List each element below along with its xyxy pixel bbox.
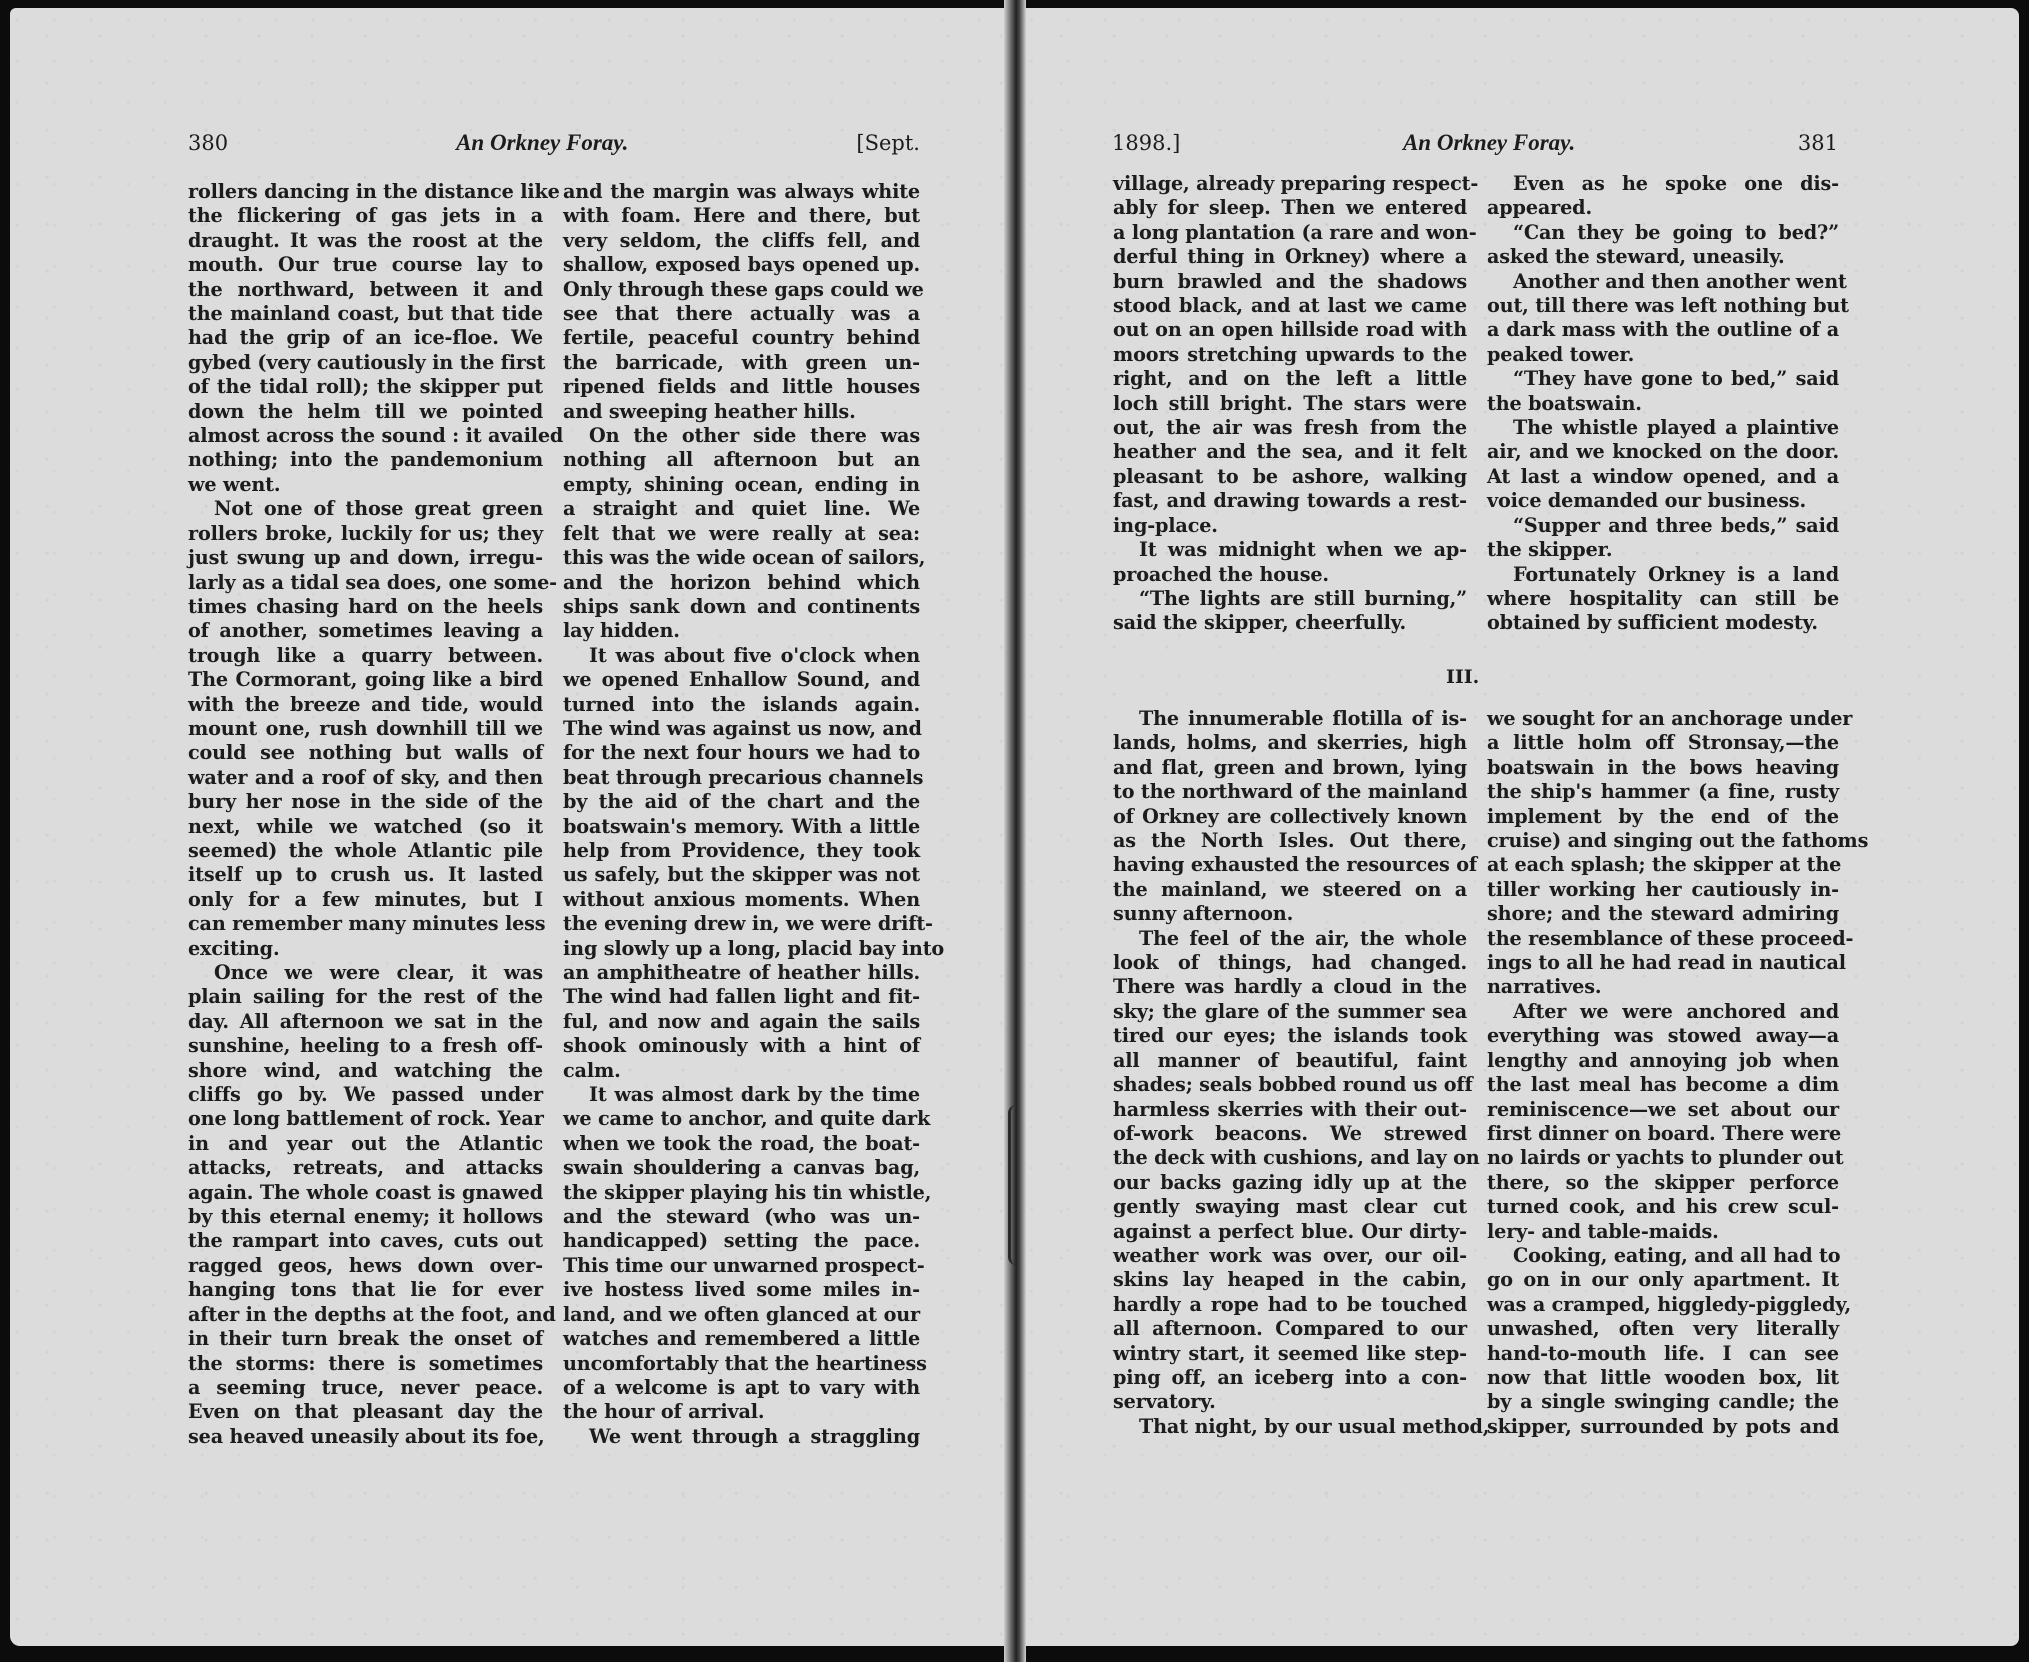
- text-line: we opened Enhallow Sound, and: [563, 668, 920, 692]
- text-line: fertile, peaceful country behind: [563, 326, 920, 350]
- text-line: gently swaying mast clear cut: [1113, 1195, 1467, 1219]
- text-line: ships sank down and continents: [563, 595, 920, 619]
- text-line: can remember many minutes less: [188, 912, 543, 936]
- text-line: Even as he spoke one dis-: [1487, 172, 1839, 196]
- text-line: with foam. Here and there, but: [563, 204, 920, 228]
- text-line: asked the steward, uneasily.: [1487, 245, 1839, 269]
- text-line: rollers broke, luckily for us; they: [188, 522, 543, 546]
- text-line: It was about five o'clock when: [563, 644, 920, 668]
- text-line: could see nothing but walls of: [188, 741, 543, 765]
- text-line: That night, by our usual method,: [1113, 1415, 1467, 1439]
- text-line: a seeming truce, never peace.: [188, 1376, 543, 1400]
- text-line: this was the wide ocean of sailors,: [563, 546, 920, 570]
- text-line: with the breeze and tide, would: [188, 693, 543, 717]
- text-line: a little holm off Stronsay,—the: [1487, 731, 1839, 755]
- text-line: “Supper and three beds,” said: [1487, 514, 1839, 538]
- text-line: ing-place.: [1113, 514, 1467, 538]
- text-line: having exhausted the resources of: [1113, 853, 1467, 877]
- text-column: village, already preparing respect-ably …: [1113, 172, 1467, 636]
- text-line: again. The whole coast is gnawed: [188, 1181, 543, 1205]
- text-line: harmless skerries with their out-: [1113, 1098, 1467, 1122]
- text-line: sea heaved uneasily about its foe,: [188, 1425, 543, 1449]
- text-line: ful, and now and again the sails: [563, 1010, 920, 1034]
- text-line: and the steward (who was un-: [563, 1205, 920, 1229]
- text-line: and the horizon behind which: [563, 571, 920, 595]
- text-line: go on in our only apartment. It: [1487, 1268, 1839, 1292]
- text-line: shore; and the steward admiring: [1487, 902, 1839, 926]
- text-line: without anxious moments. When: [563, 888, 920, 912]
- text-line: burn brawled and the shadows: [1113, 270, 1467, 294]
- right-running-head: 1898.] An Orkney Foray. 381: [1112, 130, 1838, 160]
- text-line: lery- and table-maids.: [1487, 1220, 1839, 1244]
- text-line: On the other side there was: [563, 424, 920, 448]
- text-line: right, and on the left a little: [1113, 367, 1467, 391]
- text-line: The Cormorant, going like a bird: [188, 668, 543, 692]
- text-line: felt that we were really at sea:: [563, 522, 920, 546]
- section-heading: III.: [1446, 666, 1479, 688]
- text-line: we went.: [188, 473, 543, 497]
- text-line: wintry start, it seemed like step-: [1113, 1342, 1467, 1366]
- text-line: pleasant to be ashore, walking: [1113, 465, 1467, 489]
- text-line: down the helm till we pointed: [188, 400, 543, 424]
- text-line: of the tidal roll); the skipper put: [188, 375, 543, 399]
- text-line: After we were anchored and: [1487, 1000, 1839, 1024]
- text-line: tired our eyes; the islands took: [1113, 1024, 1467, 1048]
- text-line: by the aid of the chart and the: [563, 790, 920, 814]
- left-running-head: 380 An Orkney Foray. [Sept.: [188, 130, 920, 160]
- text-line: out on an open hillside road with: [1113, 318, 1467, 342]
- text-line: bury her nose in the side of the: [188, 790, 543, 814]
- text-line: in and year out the Atlantic: [188, 1132, 543, 1156]
- text-line: Not one of those great green: [188, 497, 543, 521]
- text-line: cliffs go by. We passed under: [188, 1083, 543, 1107]
- text-line: everything was stowed away—a: [1487, 1024, 1839, 1048]
- text-column: The innumerable flotilla of is-lands, ho…: [1113, 707, 1467, 1439]
- text-line: draught. It was the roost at the: [188, 229, 543, 253]
- text-line: and flat, green and brown, lying: [1113, 756, 1467, 780]
- text-line: our backs gazing idly up at the: [1113, 1171, 1467, 1195]
- text-line: land, and we often glanced at our: [563, 1303, 920, 1327]
- text-line: as the North Isles. Out there,: [1113, 829, 1467, 853]
- text-line: the northward, between it and: [188, 278, 543, 302]
- text-line: all afternoon. Compared to our: [1113, 1317, 1467, 1341]
- text-line: cruise) and singing out the fathoms: [1487, 829, 1839, 853]
- text-line: an amphitheatre of heather hills.: [563, 961, 920, 985]
- text-line: very seldom, the cliffs fell, and: [563, 229, 920, 253]
- text-line: the skipper playing his tin whistle,: [563, 1181, 920, 1205]
- text-line: see that there actually was a: [563, 302, 920, 326]
- text-line: the rampart into caves, cuts out: [188, 1229, 543, 1253]
- date-mark: [Sept.: [856, 131, 920, 155]
- text-line: nothing; into the pandemonium: [188, 448, 543, 472]
- text-line: said the skipper, cheerfully.: [1113, 611, 1467, 635]
- text-line: implement by the end of the: [1487, 805, 1839, 829]
- text-line: against a perfect blue. Our dirty-: [1113, 1220, 1467, 1244]
- text-line: shades; seals bobbed round us off: [1113, 1073, 1467, 1097]
- text-line: derful thing in Orkney) where a: [1113, 245, 1467, 269]
- text-line: a long plantation (a rare and won-: [1113, 221, 1467, 245]
- text-line: the barricade, with green un-: [563, 351, 920, 375]
- text-line: and the margin was always white: [563, 180, 920, 204]
- text-line: for the next four hours we had to: [563, 741, 920, 765]
- running-title: An Orkney Foray.: [456, 130, 628, 156]
- text-line: of another, sometimes leaving a: [188, 619, 543, 643]
- text-line: village, already preparing respect-: [1113, 172, 1467, 196]
- text-line: when we took the road, the boat-: [563, 1132, 920, 1156]
- text-line: skipper, surrounded by pots and: [1487, 1415, 1839, 1439]
- text-line: help from Providence, they took: [563, 839, 920, 863]
- text-line: hand-to-mouth life. I can see: [1487, 1342, 1839, 1366]
- text-line: the storms: there is sometimes: [188, 1352, 543, 1376]
- text-line: “Can they be going to bed?”: [1487, 221, 1839, 245]
- text-line: the resemblance of these proceed-: [1487, 927, 1839, 951]
- text-line: beat through precarious channels: [563, 766, 920, 790]
- text-line: tiller working her cautiously in-: [1487, 878, 1839, 902]
- text-line: At last a window opened, and a: [1487, 465, 1839, 489]
- text-line: first dinner on board. There were: [1487, 1122, 1839, 1146]
- text-line: “The lights are still burning,”: [1113, 587, 1467, 611]
- text-line: plain sailing for the rest of the: [188, 985, 543, 1009]
- text-line: ragged geos, hews down over-: [188, 1254, 543, 1278]
- text-line: the deck with cushions, and lay on: [1113, 1146, 1467, 1170]
- text-line: the mainland, we steered on a: [1113, 878, 1467, 902]
- text-line: shallow, exposed bays opened up.: [563, 253, 920, 277]
- text-line: loch still bright. The stars were: [1113, 392, 1467, 416]
- text-line: Another and then another went: [1487, 270, 1839, 294]
- text-line: exciting.: [188, 937, 543, 961]
- text-line: It was almost dark by the time: [563, 1083, 920, 1107]
- text-line: was a cramped, higgledy-piggledy,: [1487, 1293, 1839, 1317]
- text-line: the last meal has become a dim: [1487, 1073, 1839, 1097]
- text-line: look of things, had changed.: [1113, 951, 1467, 975]
- text-line: a straight and quiet line. We: [563, 497, 920, 521]
- text-line: boatswain in the bows heaving: [1487, 756, 1839, 780]
- text-line: almost across the sound : it availed: [188, 424, 543, 448]
- text-line: the hour of arrival.: [563, 1400, 920, 1424]
- text-line: The wind was against us now, and: [563, 717, 920, 741]
- text-line: mouth. Our true course lay to: [188, 253, 543, 277]
- text-line: fast, and drawing towards a rest-: [1113, 489, 1467, 513]
- text-line: Fortunately Orkney is a land: [1487, 563, 1839, 587]
- text-line: sunny afternoon.: [1113, 902, 1467, 926]
- text-line: larly as a tidal sea does, one some-: [188, 571, 543, 595]
- text-line: we came to anchor, and quite dark: [563, 1107, 920, 1131]
- text-line: one long battlement of rock. Year: [188, 1107, 543, 1131]
- text-line: shore wind, and watching the: [188, 1059, 543, 1083]
- text-line: of Orkney are collectively known: [1113, 805, 1467, 829]
- text-line: of-work beacons. We strewed: [1113, 1122, 1467, 1146]
- text-line: ripened fields and little houses: [563, 375, 920, 399]
- book-gutter: [1004, 0, 1026, 1662]
- text-line: weather work was over, our oil-: [1113, 1244, 1467, 1268]
- text-line: to the northward of the mainland: [1113, 780, 1467, 804]
- text-line: servatory.: [1113, 1390, 1467, 1414]
- text-line: Once we were clear, it was: [188, 961, 543, 985]
- text-line: ping off, an iceberg into a con-: [1113, 1366, 1467, 1390]
- text-line: ing slowly up a long, placid bay into: [563, 937, 920, 961]
- text-line: there, so the skipper perforce: [1487, 1171, 1839, 1195]
- text-line: by a single swinging candle; the: [1487, 1390, 1839, 1414]
- text-line: proached the house.: [1113, 563, 1467, 587]
- text-line: There was hardly a cloud in the: [1113, 975, 1467, 999]
- text-line: ive hostess lived some miles in-: [563, 1278, 920, 1302]
- text-line: out, till there was left nothing but: [1487, 294, 1839, 318]
- text-line: Cooking, eating, and all had to: [1487, 1244, 1839, 1268]
- text-line: swain shouldering a canvas bag,: [563, 1156, 920, 1180]
- text-line: lengthy and annoying job when: [1487, 1049, 1839, 1073]
- text-line: heather and the sea, and it felt: [1113, 440, 1467, 464]
- text-line: The innumerable flotilla of is-: [1113, 707, 1467, 731]
- text-column: we sought for an anchorage undera little…: [1487, 707, 1839, 1439]
- text-column: and the margin was always whitewith foam…: [563, 180, 920, 1449]
- date-mark: 1898.]: [1112, 131, 1180, 155]
- running-title: An Orkney Foray.: [1403, 130, 1575, 156]
- text-line: now that little wooden box, lit: [1487, 1366, 1839, 1390]
- text-line: and sweeping heather hills.: [563, 400, 920, 424]
- text-line: where hospitality can still be: [1487, 587, 1839, 611]
- text-line: handicapped) setting the pace.: [563, 1229, 920, 1253]
- text-line: gybed (very cautiously in the first: [188, 351, 543, 375]
- text-line: The wind had fallen light and fit-: [563, 985, 920, 1009]
- text-line: the flickering of gas jets in a: [188, 204, 543, 228]
- text-line: Even on that pleasant day the: [188, 1400, 543, 1424]
- text-line: itself up to crush us. It lasted: [188, 863, 543, 887]
- page-number: 380: [188, 131, 228, 155]
- text-line: stood black, and at last we came: [1113, 294, 1467, 318]
- text-line: we sought for an anchorage under: [1487, 707, 1839, 731]
- text-line: ably for sleep. Then we entered: [1113, 196, 1467, 220]
- page-number: 381: [1798, 131, 1838, 155]
- text-line: a dark mass with the outline of a: [1487, 318, 1839, 342]
- text-line: mount one, rush downhill till we: [188, 717, 543, 741]
- text-line: moors stretching upwards to the: [1113, 343, 1467, 367]
- text-line: watches and remembered a little: [563, 1327, 920, 1351]
- text-line: seemed) the whole Atlantic pile: [188, 839, 543, 863]
- text-line: We went through a straggling: [563, 1425, 920, 1449]
- text-line: had the grip of an ice-floe. We: [188, 326, 543, 350]
- text-line: the skipper.: [1487, 538, 1839, 562]
- text-line: empty, shining ocean, ending in: [563, 473, 920, 497]
- text-line: uncomfortably that the heartiness: [563, 1352, 920, 1376]
- text-line: This time our unwarned prospect-: [563, 1254, 920, 1278]
- text-line: ings to all he had read in nautical: [1487, 951, 1839, 975]
- text-line: attacks, retreats, and attacks: [188, 1156, 543, 1180]
- text-line: voice demanded our business.: [1487, 489, 1839, 513]
- text-line: next, while we watched (so it: [188, 815, 543, 839]
- text-line: hanging tons that lie for ever: [188, 1278, 543, 1302]
- text-line: shook ominously with a hint of: [563, 1034, 920, 1058]
- text-line: calm.: [563, 1059, 920, 1083]
- text-line: no lairds or yachts to plunder out: [1487, 1146, 1839, 1170]
- text-line: It was midnight when we ap-: [1113, 538, 1467, 562]
- text-line: air, and we knocked on the door.: [1487, 440, 1839, 464]
- text-line: sunshine, heeling to a fresh off-: [188, 1034, 543, 1058]
- text-line: after in the depths at the foot, and: [188, 1303, 543, 1327]
- text-line: just swung up and down, irregu-: [188, 546, 543, 570]
- binding-thread: [1008, 1105, 1027, 1265]
- text-line: water and a roof of sky, and then: [188, 766, 543, 790]
- text-line: “They have gone to bed,” said: [1487, 367, 1839, 391]
- text-line: out, the air was fresh from the: [1113, 416, 1467, 440]
- text-line: lay hidden.: [563, 619, 920, 643]
- text-line: trough like a quarry between.: [188, 644, 543, 668]
- text-line: lands, holms, and skerries, high: [1113, 731, 1467, 755]
- text-line: appeared.: [1487, 196, 1839, 220]
- text-line: us safely, but the skipper was not: [563, 863, 920, 887]
- text-line: all manner of beautiful, faint: [1113, 1049, 1467, 1073]
- text-line: the evening drew in, we were drift-: [563, 912, 920, 936]
- text-line: hardly a rope had to be touched: [1113, 1293, 1467, 1317]
- text-line: the boatswain.: [1487, 392, 1839, 416]
- text-line: boatswain's memory. With a little: [563, 815, 920, 839]
- text-line: The whistle played a plaintive: [1487, 416, 1839, 440]
- text-line: Only through these gaps could we: [563, 278, 920, 302]
- text-line: turned cook, and his crew scul-: [1487, 1195, 1839, 1219]
- text-line: day. All afternoon we sat in the: [188, 1010, 543, 1034]
- text-line: nothing all afternoon but an: [563, 448, 920, 472]
- text-line: reminiscence—we set about our: [1487, 1098, 1839, 1122]
- text-line: in their turn break the onset of: [188, 1327, 543, 1351]
- text-line: only for a few minutes, but I: [188, 888, 543, 912]
- text-line: by this eternal enemy; it hollows: [188, 1205, 543, 1229]
- text-line: at each splash; the skipper at the: [1487, 853, 1839, 877]
- text-line: obtained by sufficient modesty.: [1487, 611, 1839, 635]
- text-line: unwashed, often very literally: [1487, 1317, 1839, 1341]
- text-line: peaked tower.: [1487, 343, 1839, 367]
- text-line: skins lay heaped in the cabin,: [1113, 1268, 1467, 1292]
- text-line: the ship's hammer (a fine, rusty: [1487, 780, 1839, 804]
- text-line: of a welcome is apt to vary with: [563, 1376, 920, 1400]
- text-line: rollers dancing in the distance like: [188, 180, 543, 204]
- text-line: turned into the islands again.: [563, 693, 920, 717]
- text-line: times chasing hard on the heels: [188, 595, 543, 619]
- text-column: rollers dancing in the distance likethe …: [188, 180, 543, 1449]
- text-line: sky; the glare of the summer sea: [1113, 1000, 1467, 1024]
- text-column: Even as he spoke one dis-appeared.“Can t…: [1487, 172, 1839, 636]
- text-line: The feel of the air, the whole: [1113, 927, 1467, 951]
- text-line: the mainland coast, but that tide: [188, 302, 543, 326]
- text-line: narratives.: [1487, 975, 1839, 999]
